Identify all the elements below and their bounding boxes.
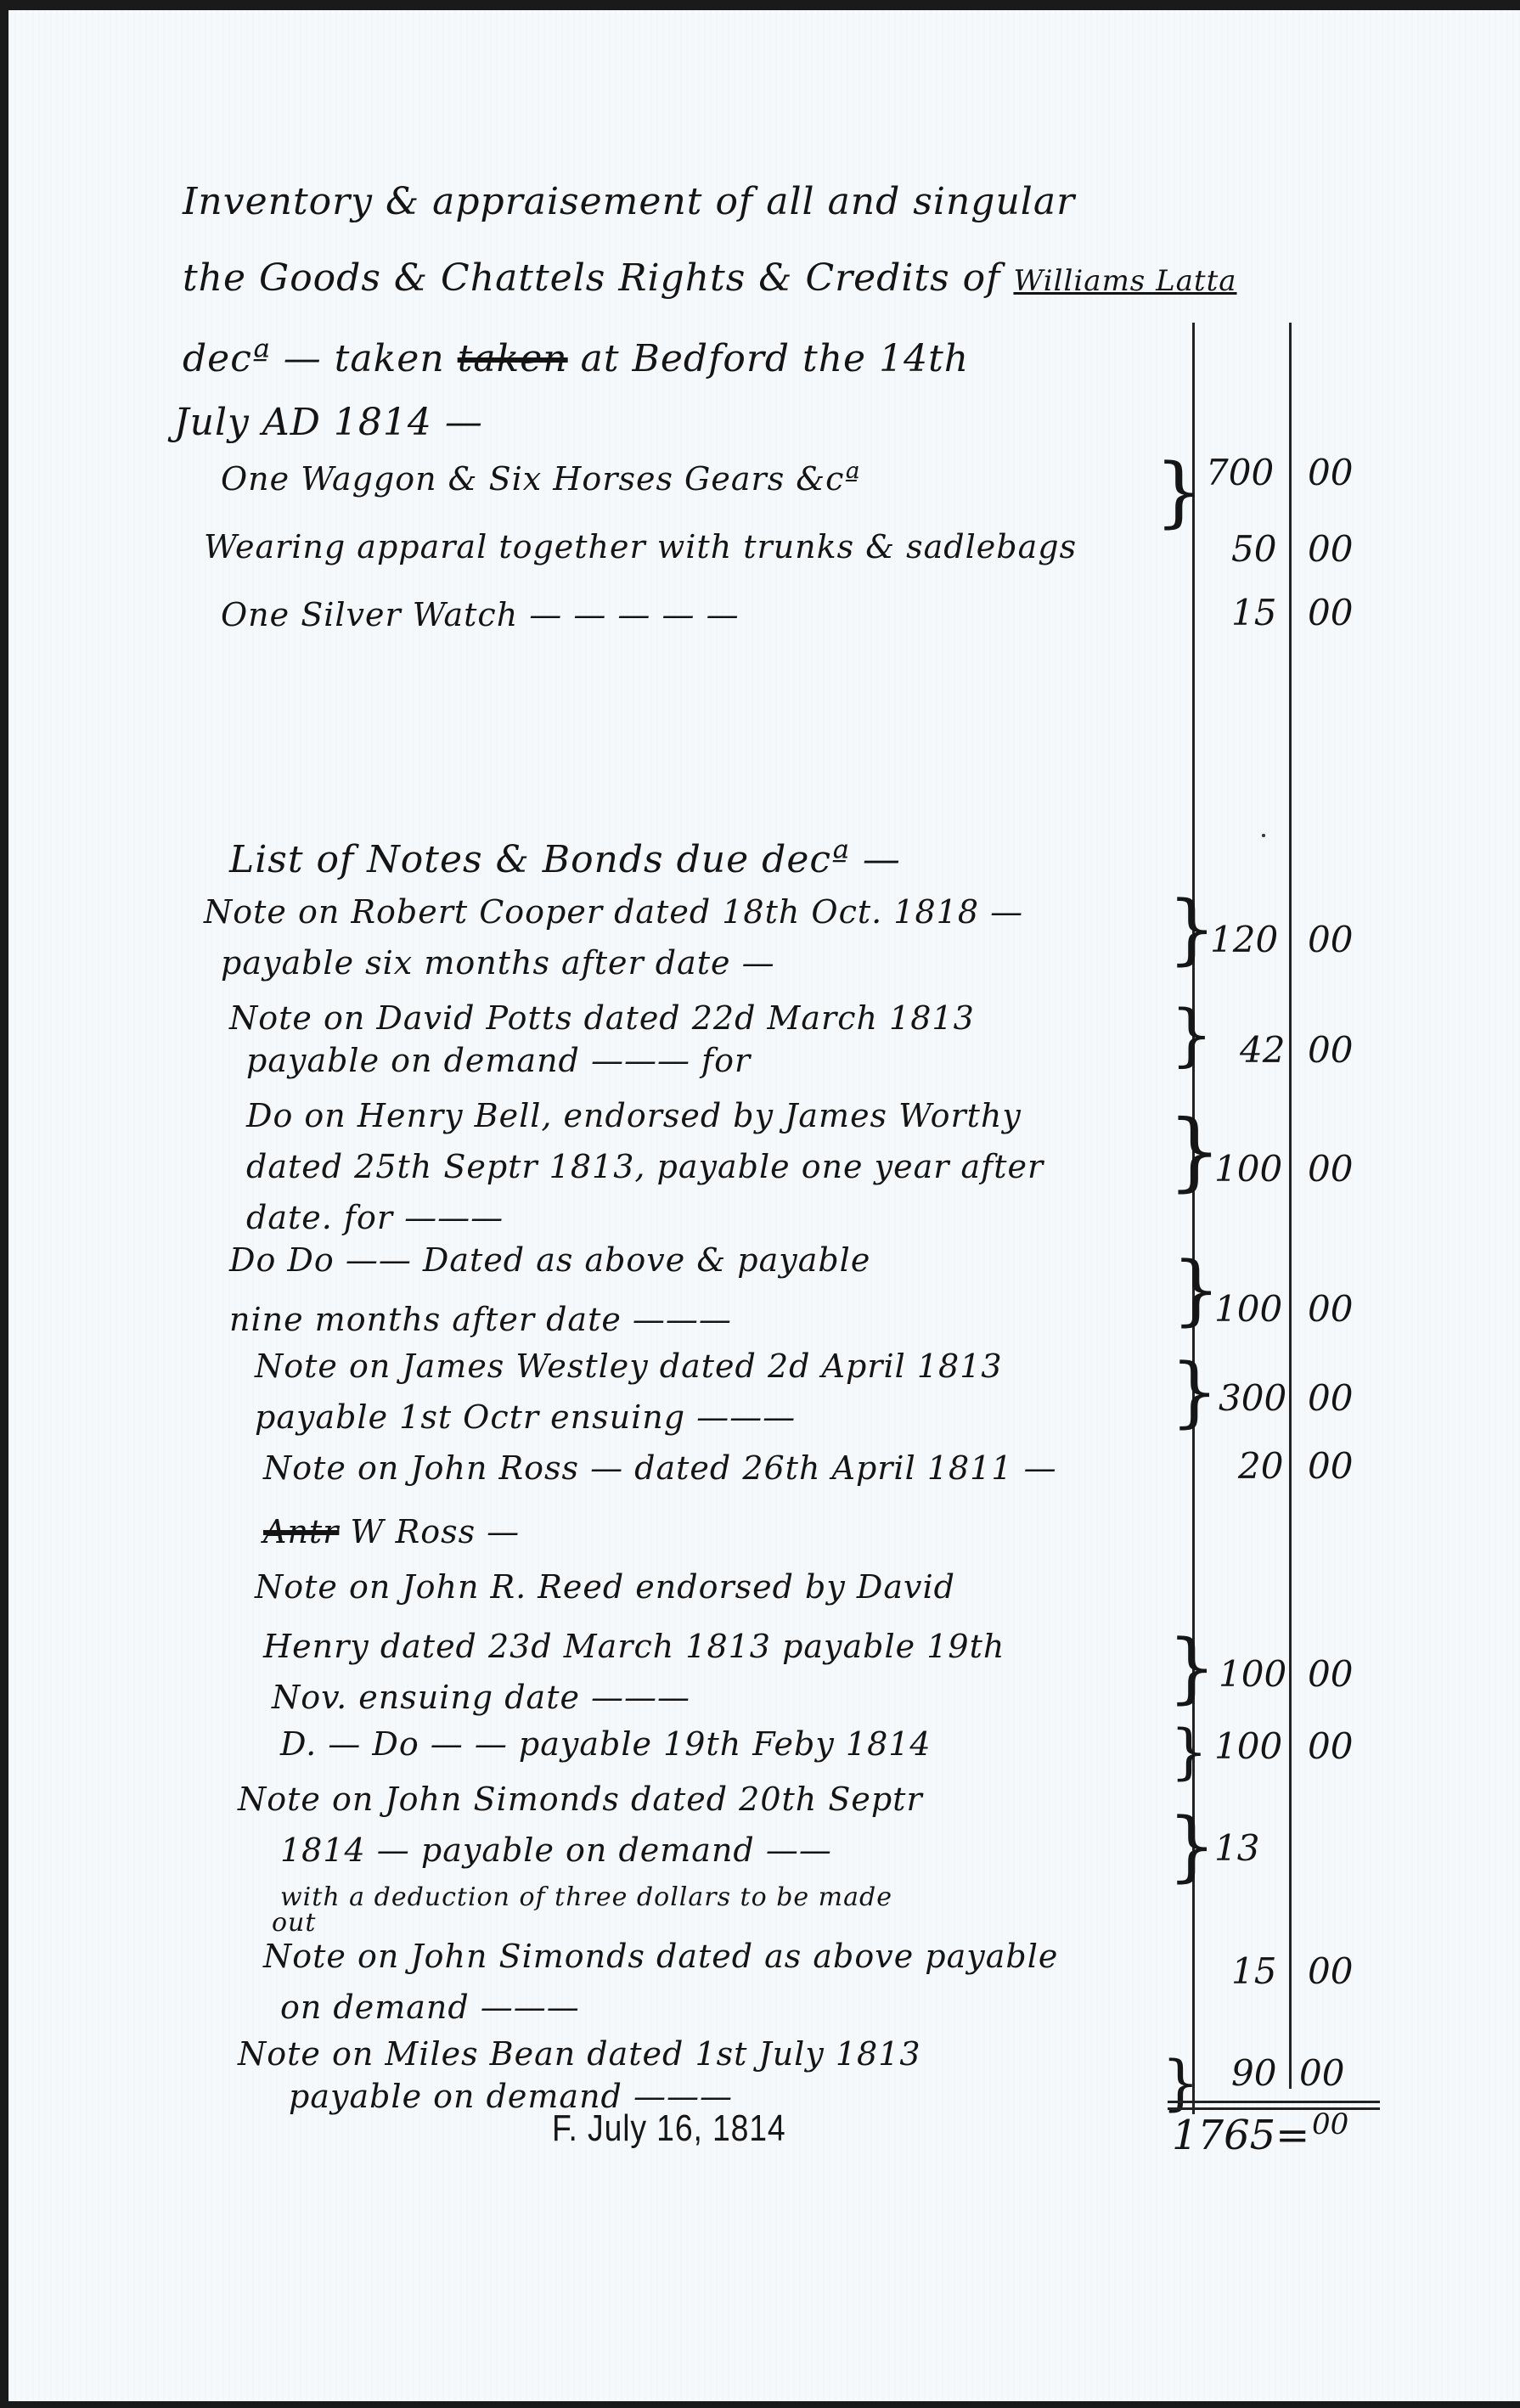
note-5-line-2: payable 1st Octr ensuing ———: [255, 1398, 796, 1436]
total-dollars-value: 1765: [1172, 2112, 1275, 2159]
brace-icon: }: [1155, 447, 1203, 537]
note-2-line-2: payable on demand ——— for: [246, 1042, 751, 1079]
note-5-line-1: Note on James Westley dated 2d April 181…: [255, 1347, 1003, 1385]
note-10-cents: 00: [1308, 1950, 1353, 1992]
note-10-dollars: 15: [1231, 1950, 1276, 1992]
deceased-name: Williams Latta: [1013, 264, 1236, 298]
note-11-cents: 00: [1299, 2052, 1344, 2094]
note-6-dollars: 20: [1238, 1445, 1283, 1487]
note-2-line-1: Note on David Potts dated 22d March 1813: [229, 999, 975, 1037]
brace-icon: }: [1168, 885, 1216, 974]
note-11-dollars: 90: [1231, 2052, 1276, 2094]
note-2-cents: 00: [1308, 1029, 1353, 1071]
note-1-dollars: 120: [1210, 919, 1278, 960]
struck-word: Antr: [263, 1513, 339, 1550]
note-8-cents: 00: [1308, 1725, 1353, 1767]
struck-word: taken: [458, 337, 568, 380]
heading-line-4: July AD 1814 —: [174, 401, 483, 444]
note-10-line-2: on demand ———: [280, 1989, 580, 2026]
notes-list-heading: List of Notes & Bonds due decª —: [229, 838, 901, 881]
note-3-cents: 00: [1308, 1148, 1353, 1190]
note-7-cents: 00: [1308, 1653, 1353, 1695]
note-9-line-4: out: [272, 1908, 316, 1938]
note-4-dollars: 100: [1214, 1288, 1282, 1330]
brace-icon: }: [1170, 1347, 1219, 1437]
inventory-item-1: One Waggon & Six Horses Gears &cª: [221, 460, 860, 498]
heading-line-1: Inventory & appraisement of all and sing…: [183, 180, 1075, 223]
note-1-cents: 00: [1308, 919, 1353, 960]
note-9-line-1: Note on John Simonds dated 20th Septr: [238, 1781, 923, 1818]
heading-line-2-text: the Goods & Chattels Rights & Credits of: [183, 256, 1000, 300]
filed-date-stamp: F. July 16, 1814: [552, 2107, 786, 2150]
note-6-line-2-text: W Ross —: [350, 1513, 520, 1550]
note-10-line-1: Note on John Simonds dated as above paya…: [263, 1938, 1058, 1975]
note-1-line-2: payable six months after date —: [221, 944, 775, 982]
heading-line-2: the Goods & Chattels Rights & Credits of…: [183, 256, 1237, 300]
note-11-line-1: Note on Miles Bean dated 1st July 1813: [238, 2035, 921, 2073]
note-4-cents: 00: [1308, 1288, 1353, 1330]
inventory-item-3-dollars: 15: [1231, 592, 1276, 633]
brace-icon: }: [1170, 995, 1213, 1074]
note-9-line-2: 1814 — payable on demand ——: [280, 1831, 832, 1869]
note-6-cents: 00: [1308, 1445, 1353, 1487]
note-8-line-1: D. — Do — — payable 19th Feby 1814: [280, 1725, 932, 1763]
note-5-dollars: 300: [1219, 1377, 1286, 1419]
note-6-line-2: Antr W Ross —: [263, 1513, 520, 1550]
inventory-item-2: Wearing apparal together with trunks & s…: [204, 528, 1077, 565]
note-3-dollars: 100: [1214, 1148, 1282, 1190]
note-3-line-2: dated 25th Septr 1813, payable one year …: [246, 1148, 1044, 1185]
brace-icon: }: [1172, 1246, 1220, 1335]
total-dollars: 1765=: [1172, 2112, 1309, 2159]
brace-icon: }: [1170, 1717, 1208, 1786]
total-rule: [1168, 2101, 1380, 2103]
note-1-line-1: Note on Robert Cooper dated 18th Oct. 18…: [204, 893, 1023, 931]
inventory-item-3: One Silver Watch — — — — —: [221, 596, 740, 633]
brace-icon: }: [1168, 1623, 1216, 1713]
scanned-document-page: Inventory & appraisement of all and sing…: [8, 10, 1520, 2401]
note-7-dollars: 100: [1219, 1653, 1286, 1695]
note-4-line-1: Do Do —— Dated as above & payable: [229, 1241, 870, 1279]
inventory-item-1-cents: 00: [1308, 452, 1353, 493]
heading-line-3: decª — taken taken at Bedford the 14th: [183, 337, 969, 380]
cents-column-rule: [1289, 323, 1292, 2089]
note-9-dollars: 13: [1214, 1827, 1259, 1869]
note-2-dollars: 42: [1240, 1029, 1285, 1071]
note-3-line-3: date. for ———: [246, 1199, 504, 1236]
note-4-line-2: nine months after date ———: [229, 1301, 732, 1338]
heading-line-3-suffix: at Bedford the 14th: [581, 337, 969, 380]
heading-line-3-prefix: decª — taken: [183, 337, 445, 380]
note-6-line-1: Note on John Ross — dated 26th April 181…: [263, 1449, 1057, 1487]
note-7-line-3: Nov. ensuing date ———: [272, 1679, 690, 1716]
inventory-item-1-dollars: 700: [1206, 452, 1274, 493]
inventory-item-2-dollars: 50: [1231, 528, 1276, 570]
note-7-line-2: Henry dated 23d March 1813 payable 19th: [263, 1628, 1005, 1665]
note-5-cents: 00: [1308, 1377, 1353, 1419]
brace-icon: }: [1168, 1802, 1216, 1891]
total-separator: =: [1275, 2112, 1309, 2159]
ink-speck: [1262, 834, 1265, 837]
inventory-item-2-cents: 00: [1308, 528, 1353, 570]
note-9-line-3: with a deduction of three dollars to be …: [280, 1882, 892, 1912]
inventory-item-3-cents: 00: [1308, 592, 1353, 633]
note-8-dollars: 100: [1214, 1725, 1282, 1767]
note-3-line-1: Do on Henry Bell, endorsed by James Wort…: [246, 1097, 1022, 1134]
note-7-line-1: Note on John R. Reed endorsed by David: [255, 1568, 955, 1606]
total-cents: 00: [1312, 2107, 1348, 2141]
